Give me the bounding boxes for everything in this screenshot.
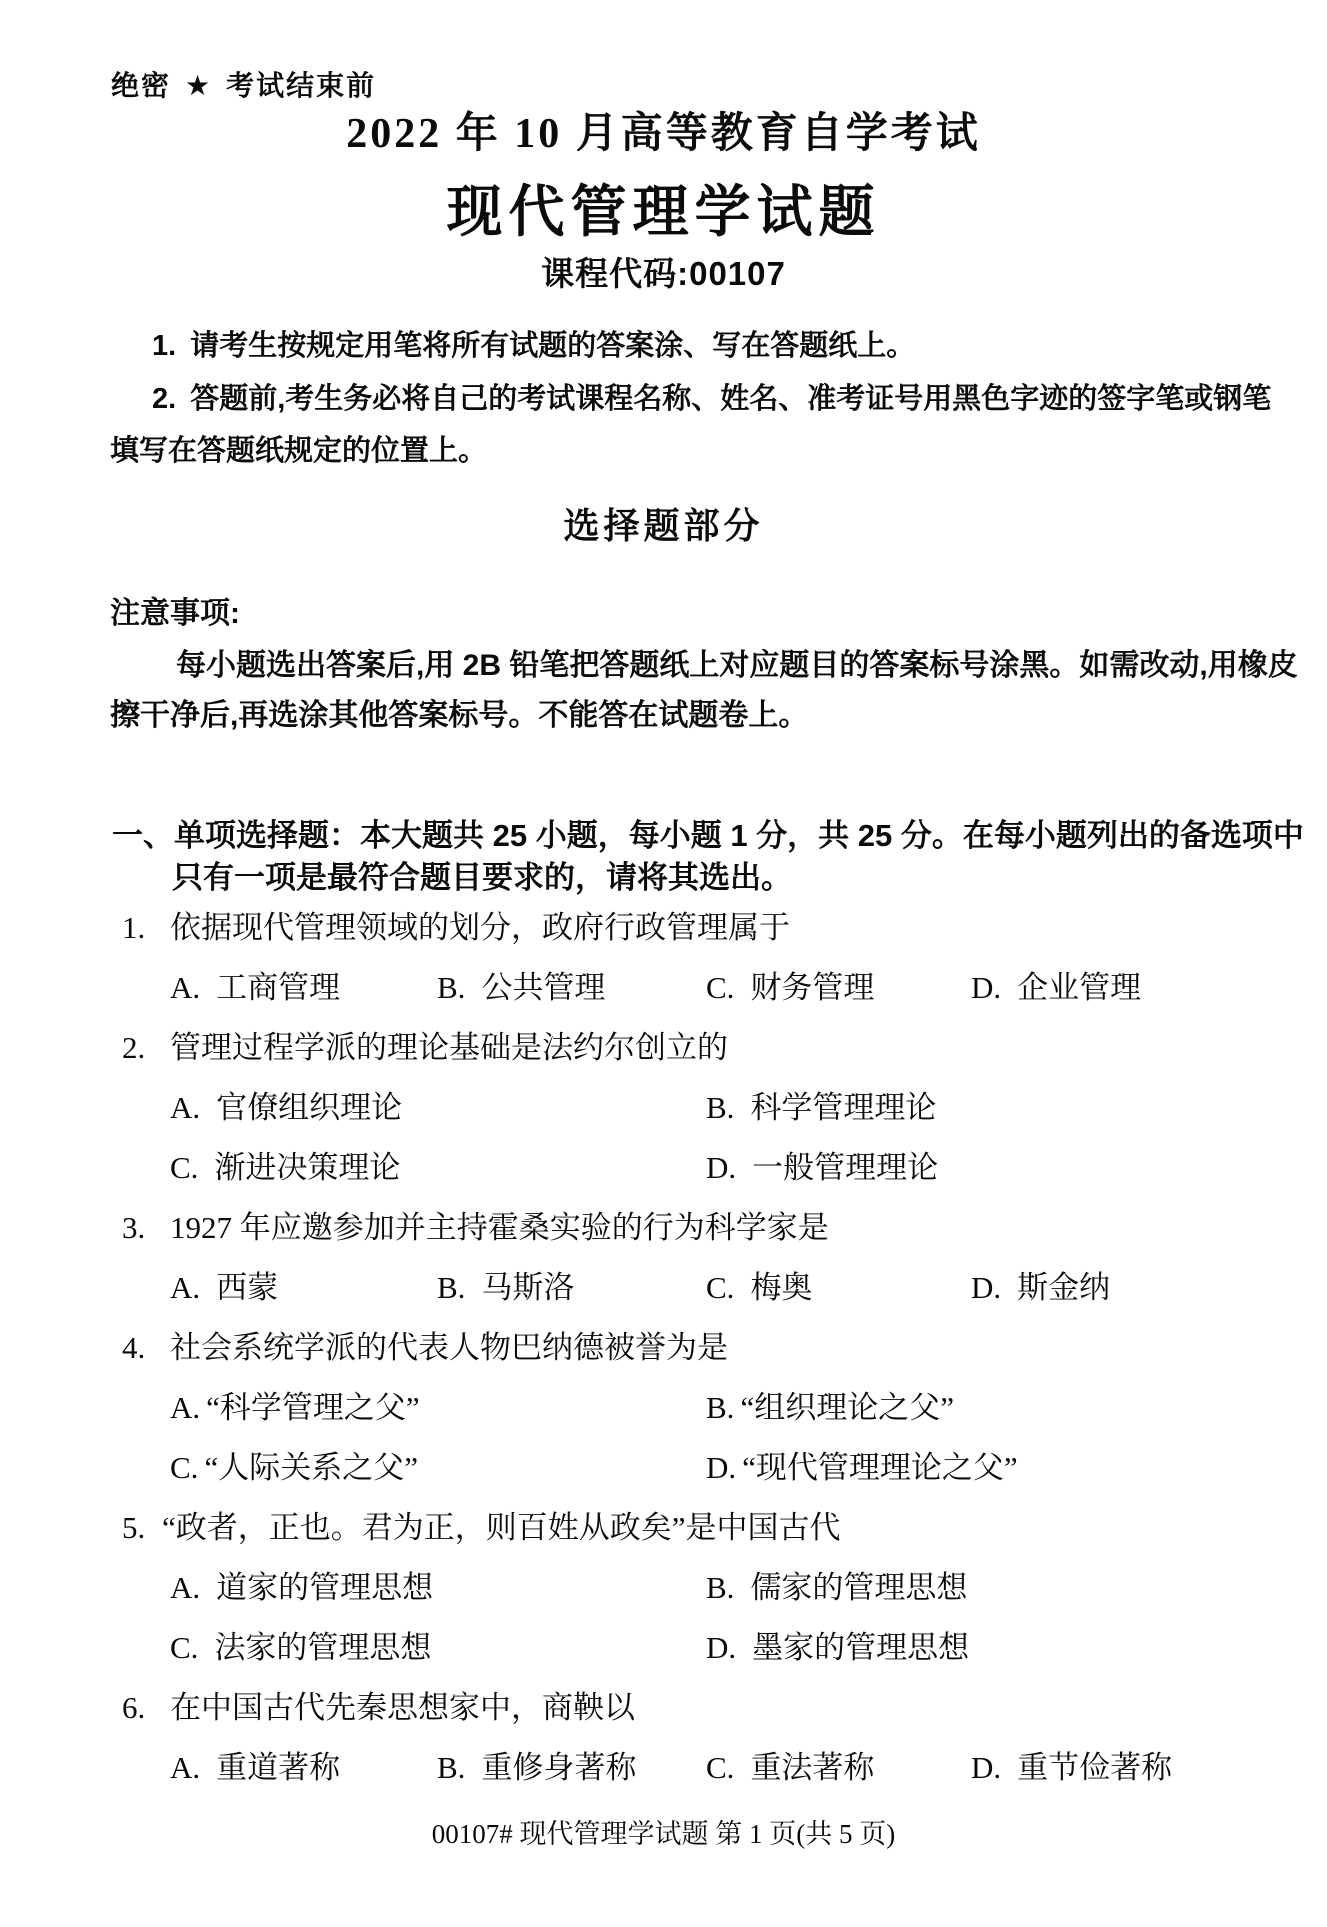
question-5-option-a: A.道家的管理思想: [170, 1568, 433, 1608]
notice-line-1: 每小题选出答案后,用 2B 铅笔把答题纸上对应题目的答案标号涂黑。如需改动,用橡…: [176, 640, 1298, 684]
question-1-option-d: D.企业管理: [971, 968, 1141, 1008]
question-5-options-row-2: C.法家的管理思想 D.墨家的管理思想: [0, 1628, 1327, 1674]
question-1-option-c: C.财务管理: [706, 968, 874, 1008]
question-5-stem: “政者，正也。君为正，则百姓从政矣”是中国古代: [162, 1508, 841, 1548]
section-heading-line-2: 只有一项是最符合题目要求的，请将其选出。: [172, 852, 792, 897]
question-1-options: A.工商管理 B.公共管理 C.财务管理 D.企业管理: [0, 968, 1327, 1014]
question-3-number: 3.: [122, 1208, 145, 1248]
star-icon: ★: [185, 70, 212, 101]
section-heading-line-1: 一、单项选择题：本大题共 25 小题，每小题 1 分，共 25 分。在每小题列出…: [112, 810, 1304, 855]
question-5-option-b: B.儒家的管理思想: [706, 1568, 967, 1608]
question-1-stem-row: 1. 依据现代管理领域的划分，政府行政管理属于: [0, 908, 1327, 954]
question-2-options-row-1: A.官僚组织理论 B.科学管理理论: [0, 1088, 1327, 1134]
secrecy-level: 绝密: [111, 70, 171, 101]
instruction-2-number: 2.: [152, 383, 176, 415]
question-3-option-b: B.马斯洛: [437, 1268, 574, 1308]
instruction-2-continuation: 填写在答题纸规定的位置上。: [110, 433, 487, 469]
question-1-stem: 依据现代管理领域的划分，政府行政管理属于: [170, 908, 790, 948]
question-3-stem-row: 3. 1927 年应邀参加并主持霍桑实验的行为科学家是: [0, 1208, 1327, 1254]
question-5-option-d: D.墨家的管理思想: [706, 1628, 969, 1668]
question-2-option-a: A.官僚组织理论: [170, 1088, 402, 1128]
exam-paper-title: 现代管理学试题: [0, 168, 1327, 248]
course-code: 课程代码:00107: [0, 248, 1327, 295]
question-4-option-c: C.“人际关系之父”: [170, 1448, 418, 1488]
question-2-options-row-2: C.渐进决策理论 D.一般管理理论: [0, 1148, 1327, 1194]
instruction-1-number: 1.: [152, 330, 176, 362]
instruction-1: 1.请考生按规定用笔将所有试题的答案涂、写在答题纸上。: [152, 328, 915, 364]
question-6-stem-row: 6. 在中国古代先秦思想家中，商鞅以: [0, 1688, 1327, 1734]
question-5-stem-row: 5. “政者，正也。君为正，则百姓从政矣”是中国古代: [0, 1508, 1327, 1554]
question-5-option-c: C.法家的管理思想: [170, 1628, 431, 1668]
notice-line-2: 擦干净后,再选涂其他答案标号。不能答在试题卷上。: [110, 690, 808, 734]
question-4-option-a: A.“科学管理之父”: [170, 1388, 420, 1428]
part-heading: 选择题部分: [0, 498, 1327, 549]
question-6-option-a: A.重道著称: [170, 1748, 340, 1788]
question-4-stem-row: 4. 社会系统学派的代表人物巴纳德被誉为是: [0, 1328, 1327, 1374]
question-4-option-b: B.“组织理论之父”: [706, 1388, 954, 1428]
question-2-option-d: D.一般管理理论: [706, 1148, 938, 1188]
question-4-stem: 社会系统学派的代表人物巴纳德被誉为是: [170, 1328, 728, 1368]
question-6-option-d: D.重节俭著称: [971, 1748, 1172, 1788]
question-4-options-row-2: C.“人际关系之父” D.“现代管理理论之父”: [0, 1448, 1327, 1494]
secrecy-banner: 绝密★考试结束前: [111, 64, 376, 104]
question-3-option-c: C.梅奥: [706, 1268, 812, 1308]
question-5-number: 5.: [122, 1508, 145, 1548]
question-2-option-c: C.渐进决策理论: [170, 1148, 400, 1188]
page-footer: 00107# 现代管理学试题 第 1 页(共 5 页): [0, 1812, 1327, 1851]
question-3-stem: 1927 年应邀参加并主持霍桑实验的行为科学家是: [170, 1208, 829, 1248]
question-3-option-d: D.斯金纳: [971, 1268, 1110, 1308]
exam-page: { "header": { "secrecy_prefix": "绝密", "s…: [0, 0, 1327, 1927]
question-6-options: A.重道著称 B.重修身著称 C.重法著称 D.重节俭著称: [0, 1748, 1327, 1794]
question-1-option-b: B.公共管理: [437, 968, 605, 1008]
question-1-number: 1.: [122, 908, 145, 948]
question-6-number: 6.: [122, 1688, 145, 1728]
question-6-option-b: B.重修身著称: [437, 1748, 636, 1788]
instruction-2-text: 答题前,考生务必将自己的考试课程名称、姓名、准考证号用黑色字迹的签字笔或钢笔: [190, 383, 1271, 415]
question-2-stem: 管理过程学派的理论基础是法约尔创立的: [170, 1028, 728, 1068]
question-5-options-row-1: A.道家的管理思想 B.儒家的管理思想: [0, 1568, 1327, 1614]
question-6-stem: 在中国古代先秦思想家中，商鞅以: [170, 1688, 635, 1728]
question-6-option-c: C.重法著称: [706, 1748, 874, 1788]
question-4-options-row-1: A.“科学管理之父” B.“组织理论之父”: [0, 1388, 1327, 1434]
question-2-number: 2.: [122, 1028, 145, 1068]
instruction-1-text: 请考生按规定用笔将所有试题的答案涂、写在答题纸上。: [190, 330, 915, 362]
question-4-option-d: D.“现代管理理论之父”: [706, 1448, 1018, 1488]
question-4-number: 4.: [122, 1328, 145, 1368]
question-1-option-a: A.工商管理: [170, 968, 340, 1008]
exam-session-title: 2022 年 10 月高等教育自学考试: [0, 100, 1327, 160]
secrecy-period: 考试结束前: [226, 70, 376, 101]
notice-heading: 注意事项:: [110, 588, 240, 632]
question-2-stem-row: 2. 管理过程学派的理论基础是法约尔创立的: [0, 1028, 1327, 1074]
question-3-option-a: A.西蒙: [170, 1268, 278, 1308]
question-2-option-b: B.科学管理理论: [706, 1088, 936, 1128]
question-3-options: A.西蒙 B.马斯洛 C.梅奥 D.斯金纳: [0, 1268, 1327, 1314]
instruction-2: 2.答题前,考生务必将自己的考试课程名称、姓名、准考证号用黑色字迹的签字笔或钢笔: [152, 381, 1271, 417]
